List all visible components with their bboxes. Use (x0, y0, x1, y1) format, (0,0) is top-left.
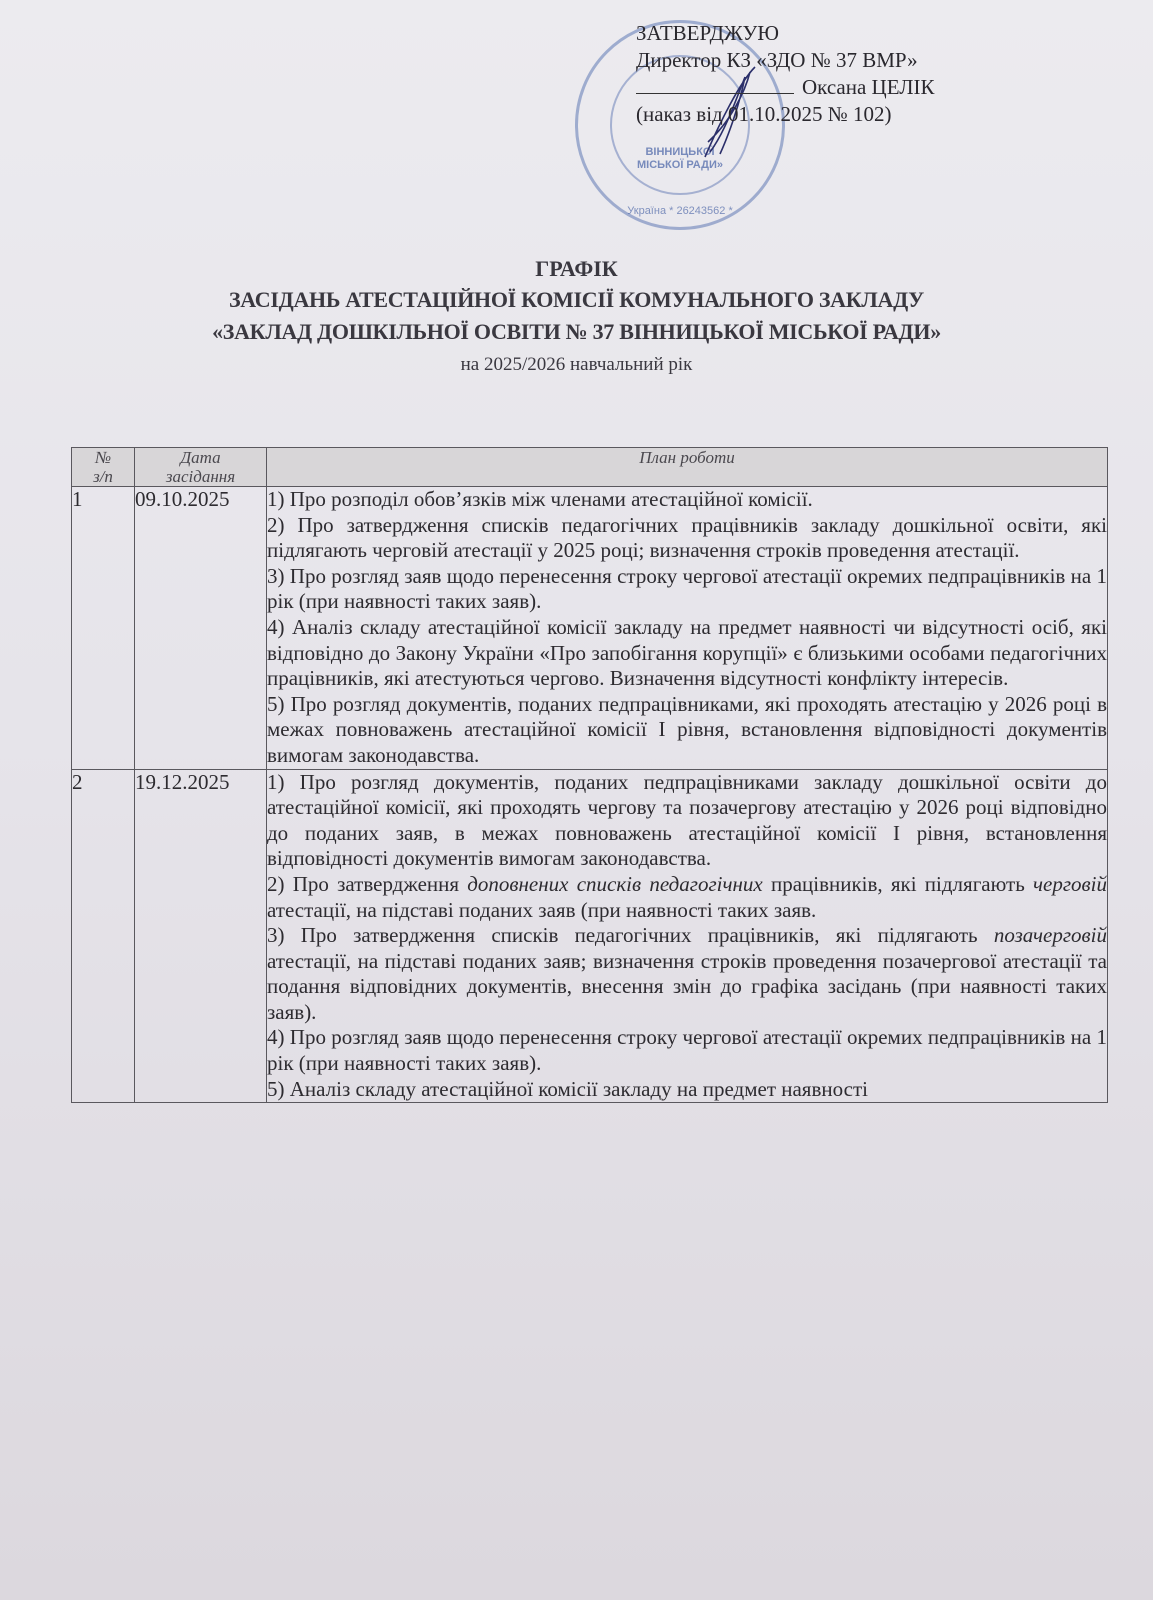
header-number-line2: з/п (72, 467, 134, 486)
plan-item: 2) Про затвердження списків педагогічних… (267, 513, 1107, 564)
plan-item: 5) Аналіз складу атестаційної комісії за… (267, 1077, 1107, 1103)
approval-name: Оксана ЦЕЛІК (802, 75, 935, 99)
emphasis-text: черговій (1033, 872, 1107, 896)
stamp-line: МІСЬКОЇ РАДИ» (578, 159, 782, 172)
header-number: № з/п (72, 448, 135, 487)
title-line-1: ГРАФІК (0, 254, 1153, 284)
row-number: 1 (72, 487, 135, 770)
plan-text: 2) Про затвердження (267, 872, 467, 896)
header-number-line1: № (72, 448, 134, 467)
row-date: 19.12.2025 (135, 769, 267, 1103)
title-line-2: ЗАСІДАНЬ АТЕСТАЦІЙНОЇ КОМІСІЇ КОМУНАЛЬНО… (0, 284, 1153, 316)
plan-item: 3) Про розгляд заяв щодо перенесення стр… (267, 564, 1107, 615)
stamp-text: ВІННИЦЬКОЇ МІСЬКОЇ РАДИ» (578, 146, 782, 172)
approval-position: Директор КЗ «ЗДО № 37 ВМР» (636, 47, 935, 74)
approval-order: (наказ від 01.10.2025 № 102) (636, 101, 935, 128)
table-row: 219.12.20251) Про розгляд документів, по… (72, 769, 1108, 1103)
header-plan: План роботи (267, 448, 1108, 487)
plan-item: 1) Про розподіл обов’язків між членами а… (267, 487, 1107, 513)
plan-item: 4) Про розгляд заяв щодо перенесення стр… (267, 1025, 1107, 1076)
row-plan: 1) Про розподіл обов’язків між членами а… (267, 487, 1108, 770)
row-number: 2 (72, 769, 135, 1103)
plan-item: 3) Про затвердження списків педагогічних… (267, 923, 1107, 1025)
plan-text: 3) Про затвердження списків педагогічних… (267, 923, 994, 947)
table-header-row: № з/п Дата засідання План роботи (72, 448, 1108, 487)
table-row: 109.10.20251) Про розподіл обов’язків мі… (72, 487, 1108, 770)
header-date-line1: Дата (135, 448, 266, 467)
plan-item: 1) Про розгляд документів, поданих педпр… (267, 770, 1107, 872)
document-title: ГРАФІК ЗАСІДАНЬ АТЕСТАЦІЙНОЇ КОМІСІЇ КОМ… (0, 254, 1153, 380)
schedule-table: № з/п Дата засідання План роботи 109.10.… (71, 447, 1108, 1103)
title-subtitle: на 2025/2026 навчальний рік (0, 350, 1153, 380)
header-date: Дата засідання (135, 448, 267, 487)
emphasis-text: позачерговій (994, 923, 1107, 947)
header-date-line2: засідання (135, 467, 266, 486)
plan-text: атестації, на підставі поданих заяв; виз… (267, 949, 1107, 1024)
approval-block: ЗАТВЕРДЖУЮ Директор КЗ «ЗДО № 37 ВМР» Ок… (636, 20, 935, 128)
plan-item: 4) Аналіз складу атестаційної комісії за… (267, 615, 1107, 692)
row-plan: 1) Про розгляд документів, поданих педпр… (267, 769, 1108, 1103)
stamp-line: ВІННИЦЬКОЇ (578, 146, 782, 159)
row-date: 09.10.2025 (135, 487, 267, 770)
table-body: 109.10.20251) Про розподіл обов’язків мі… (72, 487, 1108, 1103)
plan-item: 2) Про затвердження доповнених списків п… (267, 872, 1107, 923)
plan-text: працівників, які підлягають (763, 872, 1033, 896)
plan-item: 5) Про розгляд документів, поданих педпр… (267, 692, 1107, 769)
plan-text: атестації, на підставі поданих заяв (при… (267, 898, 816, 922)
approval-heading: ЗАТВЕРДЖУЮ (636, 20, 935, 47)
stamp-code: Україна * 26243562 * (578, 205, 782, 217)
emphasis-text: доповнених списків педагогічних (467, 872, 762, 896)
approval-signature-line: Оксана ЦЕЛІК (636, 74, 935, 101)
title-line-3: «ЗАКЛАД ДОШКІЛЬНОЇ ОСВІТИ № 37 ВІННИЦЬКО… (0, 316, 1153, 348)
signature-line (636, 77, 794, 94)
